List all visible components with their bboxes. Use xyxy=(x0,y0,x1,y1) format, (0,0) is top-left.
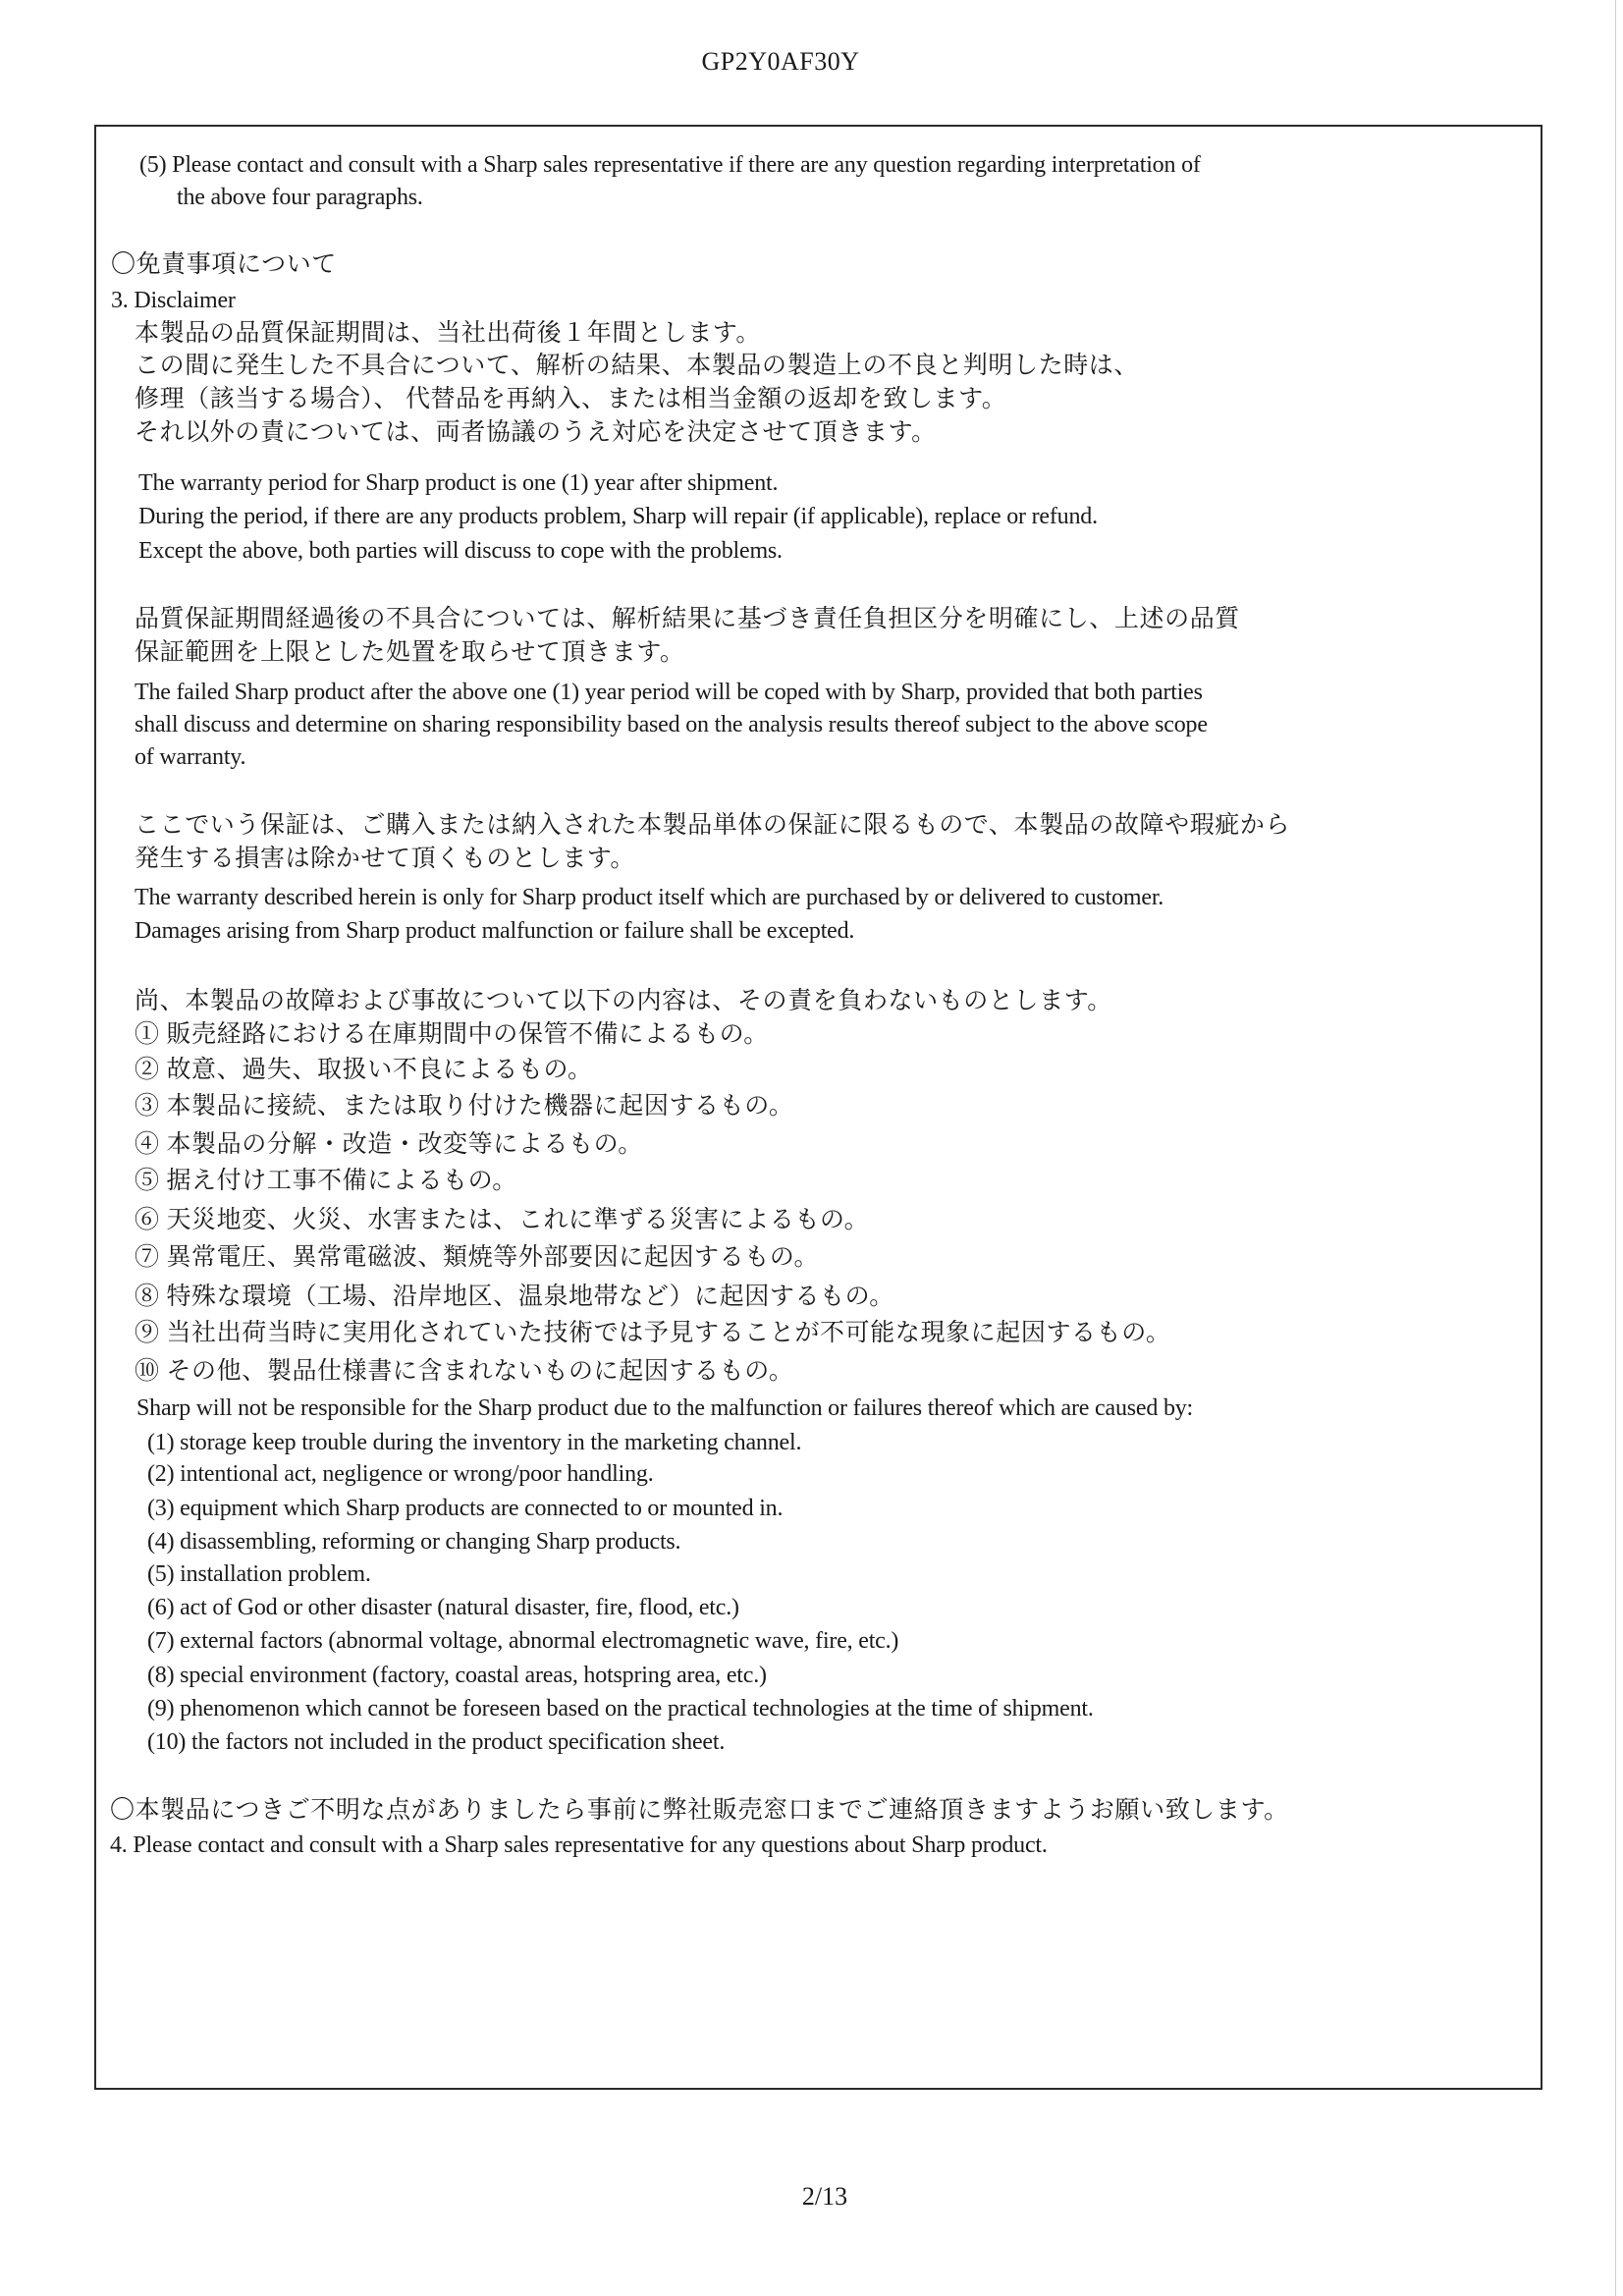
document-title: GP2Y0AF30Y xyxy=(687,47,874,77)
exclusion-jp-item: ① 販売経路における在庫期間中の保管不備によるもの。 xyxy=(135,1020,769,1050)
exclusion-jp-item: ⑤ 据え付け工事不備によるもの。 xyxy=(135,1167,517,1196)
exclusion-en-item: (8) special environment (factory, coasta… xyxy=(147,1661,767,1690)
para1-jp-line: 本製品の品質保証期間は、当社出荷後１年間とします。 xyxy=(135,319,761,349)
exclusions-intro-en: Sharp will not be responsible for the Sh… xyxy=(136,1394,1193,1423)
para3-en-line: Damages arising from Sharp product malfu… xyxy=(135,916,854,946)
para1-jp-line: それ以外の責については、両者協議のうえ対応を決定させて頂きます。 xyxy=(135,418,937,448)
exclusion-en-item: (5) installation problem. xyxy=(147,1559,371,1589)
para2-en-line: shall discuss and determine on sharing r… xyxy=(135,710,1208,739)
prev-item-5-line-2: the above four paragraphs. xyxy=(177,183,423,212)
exclusion-en-item: (4) disassembling, reforming or changing… xyxy=(147,1527,680,1557)
para1-en-line: The warranty period for Sharp product is… xyxy=(138,468,778,498)
scan-edge-line xyxy=(1615,0,1616,2296)
exclusion-en-item: (3) equipment which Sharp products are c… xyxy=(147,1494,783,1523)
exclusion-jp-item: ⑩ その他、製品仕様書に含まれないものに起因するもの。 xyxy=(135,1357,793,1387)
exclusion-en-item: (10) the factors not included in the pro… xyxy=(147,1727,725,1757)
exclusion-en-item: (1) storage keep trouble during the inve… xyxy=(147,1428,801,1457)
exclusion-en-item: (7) external factors (abnormal voltage, … xyxy=(147,1626,898,1656)
exclusion-jp-item: ③ 本製品に接続、または取り付けた機器に起因するもの。 xyxy=(135,1092,793,1121)
disclaimer-heading-en: 3. Disclaimer xyxy=(111,286,236,315)
para2-jp-line: 保証範囲を上限とした処置を取らせて頂きます。 xyxy=(135,638,684,668)
para3-jp-line: 発生する損害は除かせて頂くものとします。 xyxy=(135,845,635,874)
contact-note-en: 4. Please contact and consult with a Sha… xyxy=(110,1831,1048,1860)
para2-jp-line: 品質保証期間経過後の不具合については、解析結果に基づき責任負担区分を明確にし、上… xyxy=(135,605,1240,634)
para1-en-line: Except the above, both parties will disc… xyxy=(138,536,783,566)
prev-item-5-line-1: (5) Please contact and consult with a Sh… xyxy=(139,150,1201,180)
exclusion-jp-item: ⑨ 当社出荷当時に実用化されていた技術では予見することが不可能な現象に起因するも… xyxy=(135,1319,1170,1348)
para1-jp-line: この間に発生した不具合について、解析の結果、本製品の製造上の不良と判明した時は、 xyxy=(135,352,1139,381)
exclusion-en-item: (6) act of God or other disaster (natura… xyxy=(147,1593,739,1622)
para1-jp-line: 修理（該当する場合）、 代替品を再納入、または相当金額の返却を致します。 xyxy=(135,385,1006,414)
exclusion-jp-item: ⑦ 異常電圧、異常電磁波、類焼等外部要因に起因するもの。 xyxy=(135,1243,819,1273)
para3-en-line: The warranty described herein is only fo… xyxy=(135,883,1163,912)
exclusions-intro-jp: 尚、本製品の故障および事故について以下の内容は、その責を負わないものとします。 xyxy=(135,987,1112,1016)
contact-note-jp: 〇本製品につきご不明な点がありましたら事前に弊社販売窓口までご連絡頂きますようお… xyxy=(110,1796,1289,1826)
para2-en-line: The failed Sharp product after the above… xyxy=(135,678,1203,707)
exclusion-jp-item: ⑧ 特殊な環境（工場、沿岸地区、温泉地帯など）に起因するもの。 xyxy=(135,1283,894,1312)
para1-en-line: During the period, if there are any prod… xyxy=(138,502,1098,531)
exclusion-jp-item: ⑥ 天災地変、火災、水害または、これに準ずる災害によるもの。 xyxy=(135,1206,869,1235)
disclaimer-heading-jp: 〇免責事項について xyxy=(111,250,337,280)
exclusion-en-item: (2) intentional act, negligence or wrong… xyxy=(147,1459,654,1489)
para2-en-line: of warranty. xyxy=(135,742,245,772)
exclusion-jp-item: ④ 本製品の分解・改造・改変等によるもの。 xyxy=(135,1130,643,1160)
exclusion-jp-item: ② 故意、過失、取扱い不良によるもの。 xyxy=(135,1056,593,1085)
exclusion-en-item: (9) phenomenon which cannot be foreseen … xyxy=(147,1694,1094,1723)
para3-jp-line: ここでいう保証は、ご購入または納入された本製品単体の保証に限るもので、本製品の故… xyxy=(135,811,1290,841)
page-number: 2/13 xyxy=(776,2182,874,2212)
